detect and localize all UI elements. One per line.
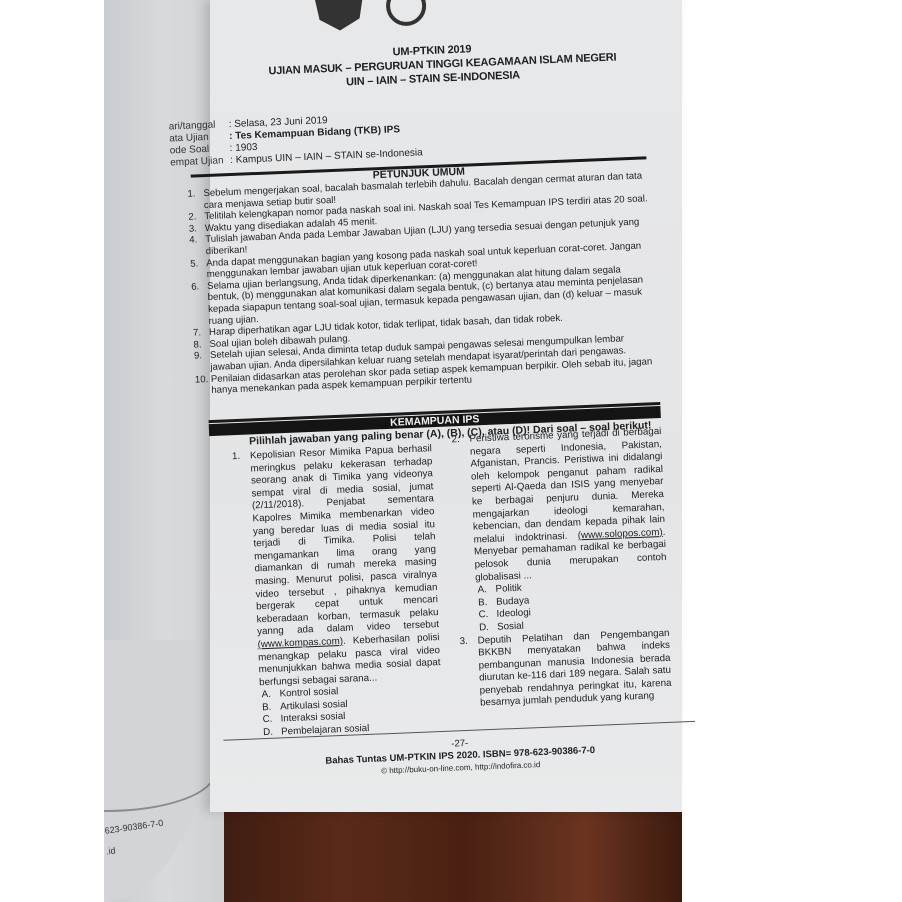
question-1: 1. Kepolisian Resor Mimika Papua berhasi…	[232, 443, 441, 690]
background-right	[682, 0, 902, 902]
question-2-options: A.Politik B.Budaya C.Ideologi D.Sosial	[477, 577, 669, 635]
exam-info: ari/tanggal : Selasa, 23 Juni 2019 ata U…	[169, 111, 423, 169]
ministry-emblem-icon	[314, 0, 365, 32]
back-page-url: .id	[105, 845, 116, 856]
page-content: UM-PTKIN 2019 UJIAN MASUK – PERGURUAN TI…	[194, 0, 698, 824]
background-left	[0, 0, 104, 902]
header-logos	[314, 0, 446, 34]
ptkin-logo-icon	[385, 0, 427, 27]
exam-page: UM-PTKIN 2019 UJIAN MASUK – PERGURUAN TI…	[210, 0, 682, 812]
general-instructions-list: 1.Sebelum mengerjakan soal, bacalah basm…	[187, 170, 657, 397]
info-label: empat Ujian	[170, 155, 230, 169]
question-3: 3. Deputih Pelatihan dan Pengembangan BK…	[459, 627, 672, 711]
question-column-right: 2. Peristiwa terorisme yang terjadi di b…	[451, 426, 672, 711]
question-2: 2. Peristiwa terorisme yang terjadi di b…	[451, 426, 667, 585]
wooden-table	[200, 812, 682, 902]
question-column-left: 1. Kepolisian Resor Mimika Papua berhasi…	[232, 443, 443, 740]
